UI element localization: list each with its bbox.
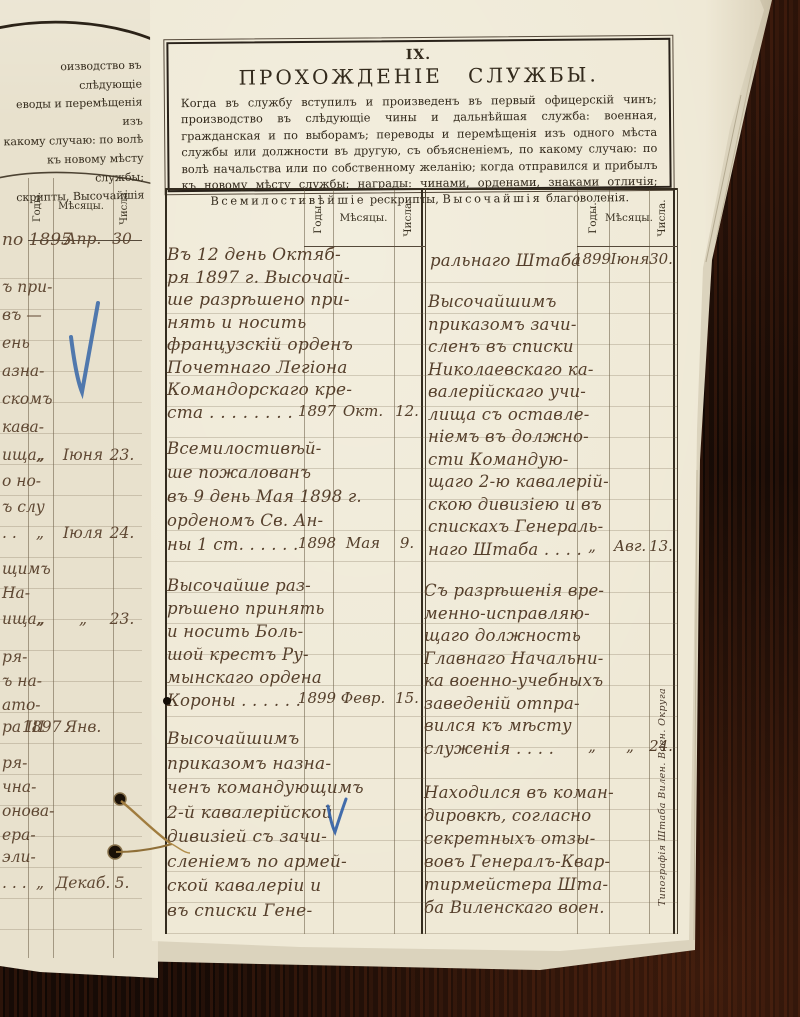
entry-month: Мая	[334, 534, 392, 552]
service-record-row: ъ слу	[0, 498, 156, 522]
column-header-days: Числа.	[655, 196, 669, 240]
month-value: Янв.	[54, 718, 112, 736]
handwriting-fragment: ря-	[2, 648, 27, 666]
service-record-row: кава-	[0, 418, 156, 442]
day-value: 23.	[106, 446, 138, 464]
printed-line: еводы и перемѣщенія изъ	[0, 94, 143, 134]
handwriting-fragment: чна-	[2, 778, 36, 796]
service-record-row: ъ при-	[0, 278, 156, 302]
month-value: Декаб.	[54, 874, 112, 892]
column-header-days: Числа.	[401, 196, 415, 240]
column-header-years: Годы.	[31, 185, 45, 229]
handwritten-entry: ральнаго Штаба	[430, 250, 581, 273]
handwriting-fragment: ера-	[2, 826, 36, 844]
year-ditto: „	[22, 446, 58, 464]
service-record-row: эли-	[0, 848, 156, 872]
handwriting-fragment: ато-	[2, 696, 41, 714]
service-record-row: На-	[0, 584, 156, 608]
printed-line: оизводство въ слѣдующіе	[0, 57, 142, 97]
handwriting-fragment: онова-	[2, 802, 54, 820]
description-emphasis: Всемилостивѣйшіе	[210, 193, 366, 208]
column-header-months: Мѣсяцы.	[333, 211, 394, 225]
handwriting-fragment: эли-	[2, 848, 36, 866]
page-border-curve	[0, 22, 154, 40]
entry-day: 12.	[390, 402, 424, 420]
service-record-row: онова-	[0, 802, 156, 826]
entry-day: 9.	[390, 534, 424, 552]
year-ditto: „	[22, 874, 58, 892]
table-right-border-inner	[677, 188, 678, 934]
handwriting-fragment: кава-	[2, 418, 44, 436]
handwriting-fragment: . .	[2, 524, 17, 542]
service-record-row: въ —	[0, 306, 156, 330]
handwritten-entry: Высочайшимъ приказомъ назна- ченъ команд…	[167, 727, 364, 923]
day-value: 23.	[106, 610, 138, 628]
handwriting-fragment: На-	[2, 584, 30, 602]
service-record-row: ища„„„23.	[0, 610, 156, 634]
entry-day: 13.	[644, 537, 678, 555]
entry-day: 30.	[644, 250, 678, 268]
year-ditto: „	[22, 524, 58, 542]
entry-month: Окт.	[334, 402, 392, 420]
printer-imprint: Типографія Штаба Вилен. Воен. Округа	[657, 685, 671, 909]
day-value: 30	[106, 230, 138, 248]
handwriting-fragment: въ —	[2, 306, 42, 324]
handwriting-fragment: ъ слу	[2, 498, 45, 516]
service-record-row: ища„„Іюня23.	[0, 446, 156, 470]
column-header-days: Числа.	[118, 185, 132, 229]
year-ditto: „	[22, 610, 58, 628]
handwriting-fragment: ъ при-	[2, 278, 52, 296]
handwritten-entry: Находился въ коман- дировкѣ, согласно се…	[424, 781, 614, 919]
day-value: 24.	[106, 524, 138, 542]
service-record-row: ато-	[0, 696, 156, 720]
handwriting-fragment: о но-	[2, 472, 41, 490]
service-record-row: азна-	[0, 362, 156, 386]
header-underline	[577, 246, 678, 247]
month-value: Апр.	[54, 230, 112, 248]
handwritten-entry: Съ разрѣшенія вре- менно-исправляю- щаго…	[424, 580, 604, 760]
service-record-row: ря-	[0, 648, 156, 672]
description-text: Когда въ службу вступилъ и произведенъ в…	[181, 92, 658, 192]
archival-photo: оизводство въ слѣдующіе еводы и перемѣще…	[0, 0, 800, 1017]
service-record-row: ень	[0, 334, 156, 358]
service-record-row: . .„Іюля24.	[0, 524, 156, 548]
entry-day: 15.	[390, 689, 424, 707]
handwriting-fragment: скомъ	[2, 390, 52, 408]
service-record-row: ра III1897Янв.	[0, 718, 156, 742]
handwriting-fragment: ря-	[2, 754, 27, 772]
service-record-row: ера-	[0, 826, 156, 850]
month-value: Іюля	[54, 524, 112, 542]
handwriting-fragment: щимъ	[2, 560, 51, 578]
service-record-row: ъ на-	[0, 672, 156, 696]
section-header-box: IX. ПРОХОЖДЕНІЕ СЛУЖБЫ. Когда въ службу …	[166, 38, 671, 192]
service-record-row: чна-	[0, 778, 156, 802]
handwritten-entry: Въ 12 день Октяб- ря 1897 г. Высочай- ше…	[167, 244, 353, 424]
service-record-row: о но-	[0, 472, 156, 496]
column-header-years: Годы.	[311, 196, 325, 240]
service-record-row: по 1895Апр.30	[0, 230, 156, 254]
month-value: Іюня	[54, 446, 112, 464]
year-value: 1897	[22, 718, 58, 736]
section-description: Когда въ службу вступилъ и произведенъ в…	[181, 91, 658, 210]
month-ditto: „	[54, 610, 112, 628]
service-record-row: . . .„Декаб.5.	[0, 874, 156, 898]
service-record-row: скомъ	[0, 390, 156, 414]
column-header-years: Годы.	[586, 196, 600, 240]
printed-line: къ новому мѣсту службы;	[0, 149, 144, 189]
column-header-months: Мѣсяцы.	[599, 211, 659, 225]
service-record-row: щимъ	[0, 560, 156, 584]
section-title: ПРОХОЖДЕНІЕ СЛУЖБЫ.	[169, 62, 669, 90]
handwriting-fragment: ъ на-	[2, 672, 42, 690]
day-value: 5.	[106, 874, 138, 892]
handwriting-fragment: ень	[2, 334, 30, 352]
handwriting-fragment: азна-	[2, 362, 44, 380]
service-record-row: ря-	[0, 754, 156, 778]
handwritten-entry: Высочайшимъ приказомъ зачи- сленъ въ спи…	[428, 291, 609, 561]
description-emphasis: Высочайшія	[442, 191, 542, 206]
entry-month: Февр.	[334, 689, 392, 707]
column-header-months: Мѣсяцы.	[52, 200, 110, 214]
